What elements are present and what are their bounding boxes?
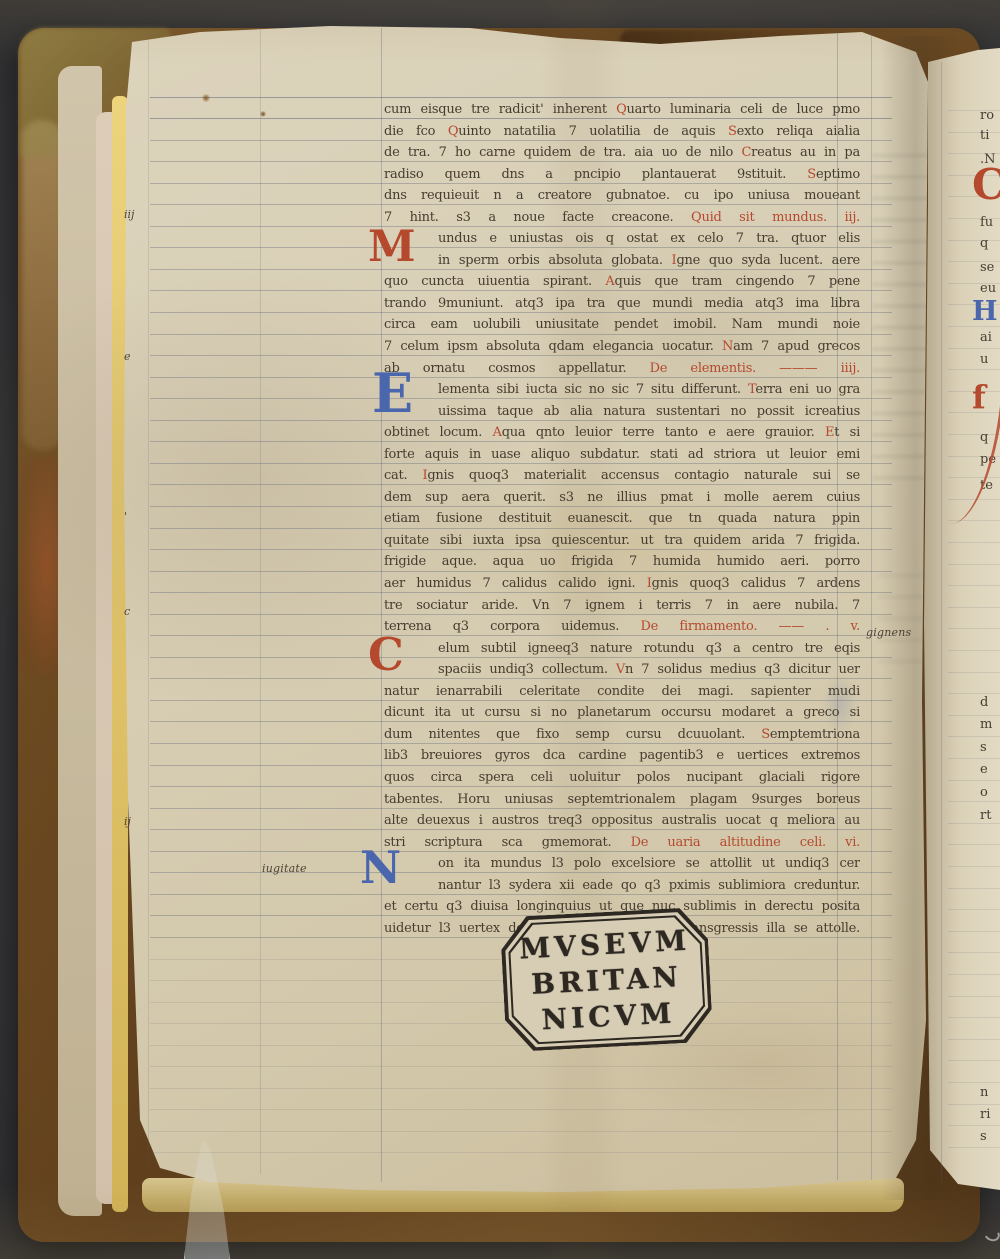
ruled-line <box>948 348 1000 349</box>
body-text: gne quo syda lucent. aere <box>676 253 860 268</box>
text-fragment: s <box>980 740 987 755</box>
paper-curl-highlight <box>982 1226 1000 1244</box>
manuscript-line: quitate sibi iuxta ipsa quiescentur. ut … <box>384 530 860 552</box>
manuscript-line: on ita mundus l3 polo excelsiore se atto… <box>384 853 860 875</box>
manuscript-line: uissima taque ab alia natura sustentari … <box>384 401 860 423</box>
body-text: uissima taque ab alia natura sustentari … <box>438 404 860 419</box>
body-text: tabentes. Horu uniusas septemtrionalem p… <box>384 792 860 807</box>
body-text: qua qnto leuior terre tanto e aere graui… <box>502 425 825 440</box>
ruled-line <box>948 823 1000 824</box>
manuscript-line: obtinet locum. Aqua qnto leuior terre ta… <box>384 422 860 444</box>
manuscript-text: cum eisque tre radicit' inherent Quarto … <box>384 99 860 939</box>
body-text: radiso quem dns a pncipio plantauerat 9s… <box>384 167 807 182</box>
manuscript-line: elum subtil igneeq3 nature rotundu q3 a … <box>384 638 860 660</box>
body-text: exto reliqa aialia <box>737 124 860 139</box>
body-text: etiam fusione destituit euanescit. que t… <box>384 511 860 526</box>
manuscript-line: forte aquis in uase aliquo subdatur. sta… <box>384 444 860 466</box>
text-fragment: fu <box>980 215 993 230</box>
text-fragment: d <box>980 695 988 710</box>
ruling-vertical <box>381 28 382 1182</box>
ruled-line <box>948 1060 1000 1061</box>
drop-initial-N: N <box>360 845 401 890</box>
manuscript-line: in sperm orbis absoluta globata. Igne qu… <box>384 250 860 272</box>
text-fragment: m <box>980 717 992 732</box>
rubric-text: A <box>493 425 502 440</box>
body-text: n 7 solidus medius q3 dicitur uer <box>625 662 860 677</box>
ruling-vertical <box>260 30 261 1174</box>
ruled-line <box>948 607 1000 608</box>
body-text: forte aquis in uase aliquo subdatur. sta… <box>384 447 860 462</box>
text-fragment: H <box>972 296 998 327</box>
manuscript-line: 7 celum ipsm absoluta qdam elegancia uoc… <box>384 336 860 358</box>
manuscript-line: frigide aque. aqua uo frigida 7 humida h… <box>384 551 860 573</box>
ruled-line <box>150 1152 892 1153</box>
ruled-line <box>948 1147 1000 1148</box>
body-text: stri scriptura sca gmemorat. <box>384 835 631 850</box>
margin-mark: ' <box>124 510 127 523</box>
manuscript-line: lementa sibi iucta sic no sic 7 situ dif… <box>384 379 860 401</box>
body-text: alte deuexus i austros treq3 oppositus a… <box>384 813 860 828</box>
text-fragment: o <box>980 785 988 800</box>
ruled-line <box>948 909 1000 910</box>
body-text: emptemtriona <box>770 727 860 742</box>
rubric-text: Q <box>448 124 458 139</box>
body-text: trando 9muniunt. atq3 ipa tra que mundi … <box>384 296 860 311</box>
drop-initial-M: M <box>368 226 416 269</box>
manuscript-line: nantur l3 sydera xii eade qo q3 pximis s… <box>384 875 860 897</box>
ruled-line <box>948 240 1000 241</box>
ruled-line <box>948 952 1000 953</box>
drop-initial-C: C <box>368 632 404 677</box>
rubric-text: C <box>741 145 751 160</box>
margin-mark: ij <box>124 815 131 828</box>
body-text: dns requieuit n a creatore gubnatoe. cu … <box>384 188 860 203</box>
ruled-line <box>948 780 1000 781</box>
margin-mark: e <box>124 350 131 363</box>
body-text: 7 hint. s3 a noue facte creacone. <box>384 210 691 225</box>
ruled-line <box>948 736 1000 737</box>
body-text: t si <box>834 425 860 440</box>
ruled-line <box>948 369 1000 370</box>
manuscript-line: alte deuexus i austros treq3 oppositus a… <box>384 810 860 832</box>
body-text: dicunt ita ut cursu si no planetarum occ… <box>384 705 860 720</box>
margin-note-left: iugitate <box>262 862 307 875</box>
museum-britannicum-stamp: MVSEVM BRITAN NICVM <box>500 907 714 1053</box>
manuscript-line: tre sociatur aride. Vn 7 ignem i terris … <box>384 595 860 617</box>
margin-mark: c <box>124 605 130 618</box>
drop-initial-E: E <box>372 366 413 420</box>
ruled-line <box>948 564 1000 565</box>
body-text: eptimo <box>816 167 860 182</box>
text-fragment: s <box>980 1129 987 1144</box>
manuscript-line: dem sup aera querit. s3 ne illius pmat i… <box>384 487 860 509</box>
body-text: cum eisque tre radicit' inherent <box>384 102 616 117</box>
body-text: natur ienarrabili celeritate condite dei… <box>384 684 860 699</box>
body-text: frigide aque. aqua uo frigida 7 humida h… <box>384 554 860 569</box>
body-text: die fco <box>384 124 448 139</box>
manuscript-line: trando 9muniunt. atq3 ipa tra que mundi … <box>384 293 860 315</box>
body-text: uinto natatilia 7 uolatilia de aquis <box>458 124 728 139</box>
margin-note-right: gignens <box>866 626 911 639</box>
rubric-text: S <box>807 167 816 182</box>
rubric-text: N <box>722 339 733 354</box>
manuscript-line: dum nitentes que fixo semp cursu dcuuola… <box>384 724 860 746</box>
ruled-line <box>948 1082 1000 1083</box>
text-showthrough <box>878 560 924 680</box>
ruling-vertical <box>148 32 149 1166</box>
manuscript-line: cum eisque tre radicit' inherent Quarto … <box>384 99 860 121</box>
body-text: obtinet locum. <box>384 425 493 440</box>
ruled-line <box>150 1131 892 1132</box>
rubric-text: Quid sit mundus. iij. <box>691 210 860 225</box>
text-fragment: ro <box>980 108 994 123</box>
manuscript-line: quos circa spera celi uoluitur polos nuc… <box>384 767 860 789</box>
body-text: reatus au in pa <box>751 145 860 160</box>
body-text: tre sociatur aride. Vn 7 ignem i terris … <box>384 598 860 613</box>
manuscript-line: spaciis undiq3 collectum. Vn 7 solidus m… <box>384 659 860 681</box>
text-fragment: u <box>980 352 988 367</box>
margin-mark: iij <box>124 208 134 221</box>
ruled-line <box>948 931 1000 932</box>
body-text: ab ornatu cosmos appellatur. <box>384 361 650 376</box>
stamp-text: MVSEVM BRITAN NICVM <box>500 907 714 1053</box>
body-text: on ita mundus l3 polo excelsiore se atto… <box>438 856 860 871</box>
rubric-text: S <box>728 124 737 139</box>
ruled-line <box>948 1039 1000 1040</box>
manuscript-line: dicunt ita ut cursu si no planetarum occ… <box>384 702 860 724</box>
manuscript-line: natur ienarrabili celeritate condite dei… <box>384 681 860 703</box>
body-text: undus e uniustas ois q ostat ex celo 7 t… <box>438 231 860 246</box>
rubric-text: De elementis. ——— iiij. <box>650 361 860 376</box>
text-fragment: ai <box>980 330 992 345</box>
manuscript-line: lib3 breuiores gyros dca cardine pagenti… <box>384 745 860 767</box>
ruled-line <box>948 650 1000 651</box>
rubric-text: E <box>825 425 834 440</box>
ruled-line <box>948 542 1000 543</box>
ruled-line <box>948 672 1000 673</box>
body-text: 7 celum ipsm absoluta qdam elegancia uoc… <box>384 339 722 354</box>
body-text: circa eam uolubili uniusitate pendet imo… <box>384 317 860 332</box>
rubric-text: Q <box>616 102 626 117</box>
body-text: gnis quoq3 calidus 7 ardens <box>652 576 860 591</box>
ruled-line <box>948 866 1000 867</box>
ruled-line <box>948 888 1000 889</box>
body-text: lementa sibi iucta sic no sic 7 situ dif… <box>438 382 748 397</box>
manuscript-line: terrena q3 corpora uidemus. De firmament… <box>384 616 860 638</box>
manuscript-line: tabentes. Horu uniusas septemtrionalem p… <box>384 789 860 811</box>
text-fragment: C <box>972 160 1000 209</box>
body-text: quis que tram cingendo 7 pene <box>615 274 860 289</box>
ruled-line <box>948 715 1000 716</box>
photo-backdrop: cum eisque tre radicit' inherent Quarto … <box>0 0 1000 1259</box>
body-text: erra eni uo gra <box>755 382 860 397</box>
ruled-line <box>150 1066 892 1067</box>
body-text: uarto luminaria celi de luce pmo <box>627 102 860 117</box>
ruled-line <box>150 1109 892 1110</box>
text-fragment: n <box>980 1085 988 1100</box>
text-fragment: ti <box>980 128 989 143</box>
body-text: elum subtil igneeq3 nature rotundu q3 a … <box>438 641 860 656</box>
body-text: lib3 breuiores gyros dca cardine pagenti… <box>384 748 860 763</box>
rubric-text: De uaria altitudine celi. vi. <box>631 835 860 850</box>
body-text: am 7 apud grecos <box>733 339 860 354</box>
manuscript-line: 7 hint. s3 a noue facte creacone. Quid s… <box>384 207 860 229</box>
ruled-line <box>948 844 1000 845</box>
body-text: quo cuncta uiuentia spirant. <box>384 274 605 289</box>
body-text: terrena q3 corpora uidemus. <box>384 619 640 634</box>
manuscript-line: quo cuncta uiuentia spirant. Aquis que t… <box>384 271 860 293</box>
manuscript-line: cat. Ignis quoq3 materialit accensus con… <box>384 465 860 487</box>
ruled-line <box>948 1125 1000 1126</box>
rubric-text: De firmamento. —— . v. <box>640 619 860 634</box>
manuscript-line: circa eam uolubili uniusitate pendet imo… <box>384 314 860 336</box>
text-fragment: se <box>980 260 994 275</box>
body-text: aer humidus 7 calidus calido igni. <box>384 576 647 591</box>
text-fragment: eu <box>980 281 996 296</box>
manuscript-line: aer humidus 7 calidus calido igni. Ignis… <box>384 573 860 595</box>
ruled-line <box>948 585 1000 586</box>
body-text: nantur l3 sydera xii eade qo q3 pximis s… <box>438 878 860 893</box>
stamp-line-3: NICVM <box>541 995 676 1038</box>
manuscript-line: die fco Quinto natatilia 7 uolatilia de … <box>384 121 860 143</box>
ruled-line <box>948 996 1000 997</box>
body-text: cat. <box>384 468 422 483</box>
text-fragment: q <box>980 236 988 251</box>
body-text: spaciis undiq3 collectum. <box>438 662 616 677</box>
ruled-line <box>948 801 1000 802</box>
body-text: in sperm orbis absoluta globata. <box>438 253 672 268</box>
ruled-line <box>948 132 1000 133</box>
rubric-text: S <box>761 727 770 742</box>
manuscript-line: de tra. 7 ho carne quidem de tra. aia uo… <box>384 142 860 164</box>
ruled-line <box>948 1104 1000 1105</box>
ruled-line <box>948 1017 1000 1018</box>
body-text: de tra. 7 ho carne quidem de tra. aia uo… <box>384 145 741 160</box>
text-showthrough <box>872 140 928 485</box>
ruled-line <box>948 628 1000 629</box>
manuscript-line: stri scriptura sca gmemorat. De uaria al… <box>384 832 860 854</box>
next-page-ruling-vertical <box>941 62 942 1182</box>
manuscript-line: undus e uniustas ois q ostat ex celo 7 t… <box>384 228 860 250</box>
text-fragment: e <box>980 762 988 777</box>
manuscript-line: ab ornatu cosmos appellatur. De elementi… <box>384 358 860 380</box>
body-text: quos circa spera celi uoluitur polos nuc… <box>384 770 860 785</box>
body-text: gnis quoq3 materialit accensus contagio … <box>427 468 860 483</box>
text-fragment: ri <box>980 1107 990 1122</box>
ruled-line <box>948 758 1000 759</box>
ruled-line <box>948 693 1000 694</box>
body-text: quitate sibi iuxta ipsa quiescentur. ut … <box>384 533 860 548</box>
ruled-line <box>150 1088 892 1089</box>
ruled-line <box>150 97 892 98</box>
manuscript-line: etiam fusione destituit euanescit. que t… <box>384 508 860 530</box>
rubric-text: V <box>616 662 625 677</box>
manuscript-line: radiso quem dns a pncipio plantauerat 9s… <box>384 164 860 186</box>
rubric-text: A <box>605 274 614 289</box>
body-text: dem sup aera querit. s3 ne illius pmat i… <box>384 490 860 505</box>
text-fragment: rt <box>980 808 991 823</box>
manuscript-line: dns requieuit n a creatore gubnatoe. cu … <box>384 185 860 207</box>
ink-stain <box>202 94 210 102</box>
body-text: dum nitentes que fixo semp cursu dcuuola… <box>384 727 761 742</box>
leather-worn-patch <box>22 120 62 450</box>
ruled-line <box>948 974 1000 975</box>
